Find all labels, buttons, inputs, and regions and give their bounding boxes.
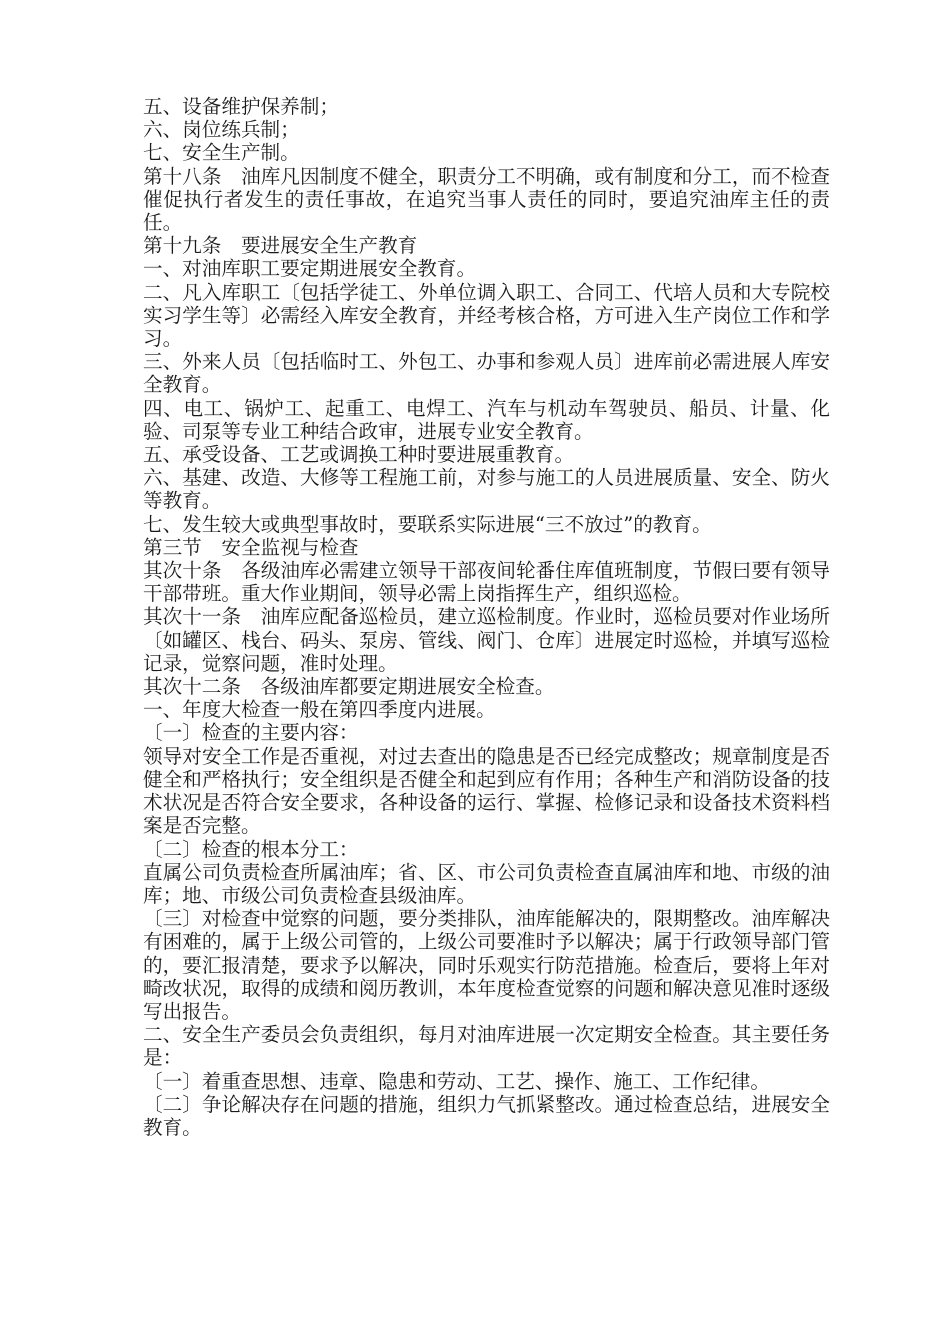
paragraph: 〔一〕着重查思想、违章、隐患和劳动、工艺、操作、施工、工作纪律。 — [143, 1070, 830, 1093]
paragraph: 一、年度大检查一般在第四季度内进展。 — [143, 698, 830, 721]
document-text: 五、设备维护保养制；六、岗位练兵制；七、安全生产制。第十八条 油库凡因制度不健全… — [143, 95, 830, 1139]
paragraph: 一、对油库职工要定期进展安全教育。 — [143, 257, 830, 280]
paragraph: 其次十条 各级油库必需建立领导干部夜间轮番住库值班制度，节假曰要有领导干部带班。… — [143, 559, 830, 605]
paragraph: 三、外来人员〔包括临时工、外包工、办事和参观人员〕进库前必需进展人库安全教育。 — [143, 350, 830, 396]
paragraph: 其次十二条 各级油库都要定期进展安全检查。 — [143, 675, 830, 698]
paragraph: 直属公司负责检查所属油库；省、区、市公司负责检查直属油库和地、市级的油库；地、市… — [143, 861, 830, 907]
paragraph: 〔一〕检查的主要内容： — [143, 721, 830, 744]
paragraph: 六、岗位练兵制； — [143, 118, 830, 141]
paragraph: 第十九条 要进展安全生产教育 — [143, 234, 830, 257]
paragraph: 领导对安全工作是否重视，对过去查出的隐患是否已经完成整改；规章制度是否健全和严格… — [143, 745, 830, 838]
paragraph: 〔二〕争论解决存在问题的措施，组织力气抓紧整改。通过检查总结，进展安全教育。 — [143, 1093, 830, 1139]
document-page: 五、设备维护保养制；六、岗位练兵制；七、安全生产制。第十八条 油库凡因制度不健全… — [0, 0, 950, 1344]
paragraph: 四、电工、锅炉工、起重工、电焊工、汽车与机动车驾驶员、船员、计量、化验、司泵等专… — [143, 397, 830, 443]
paragraph: 〔二〕检查的根本分工： — [143, 838, 830, 861]
paragraph: 五、承受设备、工艺或调换工种时要进展重教育。 — [143, 443, 830, 466]
paragraph: 二、凡入库职工〔包括学徒工、外单位调入职工、合同工、代培人员和大专院校实习学生等… — [143, 281, 830, 351]
paragraph: 〔三〕对检查中觉察的问题，要分类排队，油库能解决的，限期整改。油库解决有困难的，… — [143, 907, 830, 1023]
paragraph: 第三节 安全监视与检查 — [143, 536, 830, 559]
paragraph: 二、安全生产委员会负责组织，每月对油库进展一次定期安全检查。其主要任务是： — [143, 1023, 830, 1069]
paragraph: 七、发生较大或典型事故时，要联系实际进展“三不放过”的教育。 — [143, 513, 830, 536]
paragraph: 六、基建、改造、大修等工程施工前，对参与施工的人员进展质量、安全、防火等教育。 — [143, 466, 830, 512]
paragraph: 五、设备维护保养制； — [143, 95, 830, 118]
paragraph: 七、安全生产制。 — [143, 141, 830, 164]
paragraph: 第十八条 油库凡因制度不健全，职责分工不明确，或有制度和分工，而不检查催促执行者… — [143, 165, 830, 235]
paragraph: 其次十一条 油库应配备巡检员，建立巡检制度。作业时，巡检员要对作业场所〔如罐区、… — [143, 605, 830, 675]
